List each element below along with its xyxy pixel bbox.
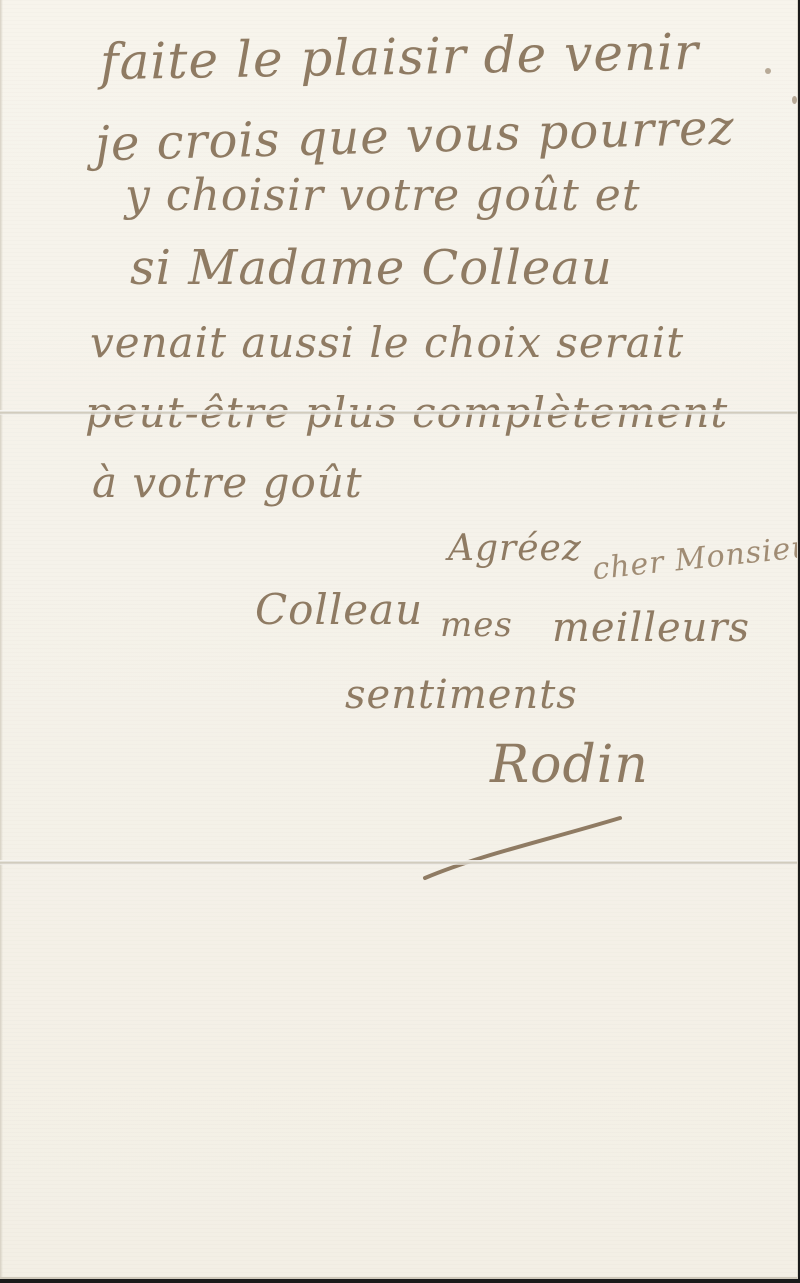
letter-line-5: venait aussi le choix serait <box>90 318 684 367</box>
closing-meilleurs: meilleurs <box>552 605 750 651</box>
closing-sentiments: sentiments <box>345 672 578 718</box>
letter-line-4: si Madame Colleau <box>130 240 613 296</box>
paper-left-edge <box>0 0 3 1277</box>
closing-agreez: Agréez <box>448 528 582 569</box>
letter-line-3: y choisir votre goût et <box>125 170 641 221</box>
letter-line-1: faite le plaisir de venir <box>100 23 700 91</box>
letter-page: faite le plaisir de venir je crois que v… <box>0 0 798 1279</box>
ink-speck <box>792 96 797 104</box>
signature: Rodin <box>490 735 649 795</box>
fold-crease-upper <box>0 410 797 415</box>
closing-colleau: Colleau <box>255 585 423 634</box>
letter-line-7: à votre goût <box>92 458 363 507</box>
letter-line-2: je crois que vous pourrez <box>94 100 735 173</box>
signature-flourish <box>420 800 660 890</box>
ink-speck <box>765 68 771 74</box>
fold-crease-lower <box>0 860 797 865</box>
closing-mes: mes <box>440 605 513 645</box>
closing-cher-monsieur: cher Monsieur <box>591 528 798 587</box>
